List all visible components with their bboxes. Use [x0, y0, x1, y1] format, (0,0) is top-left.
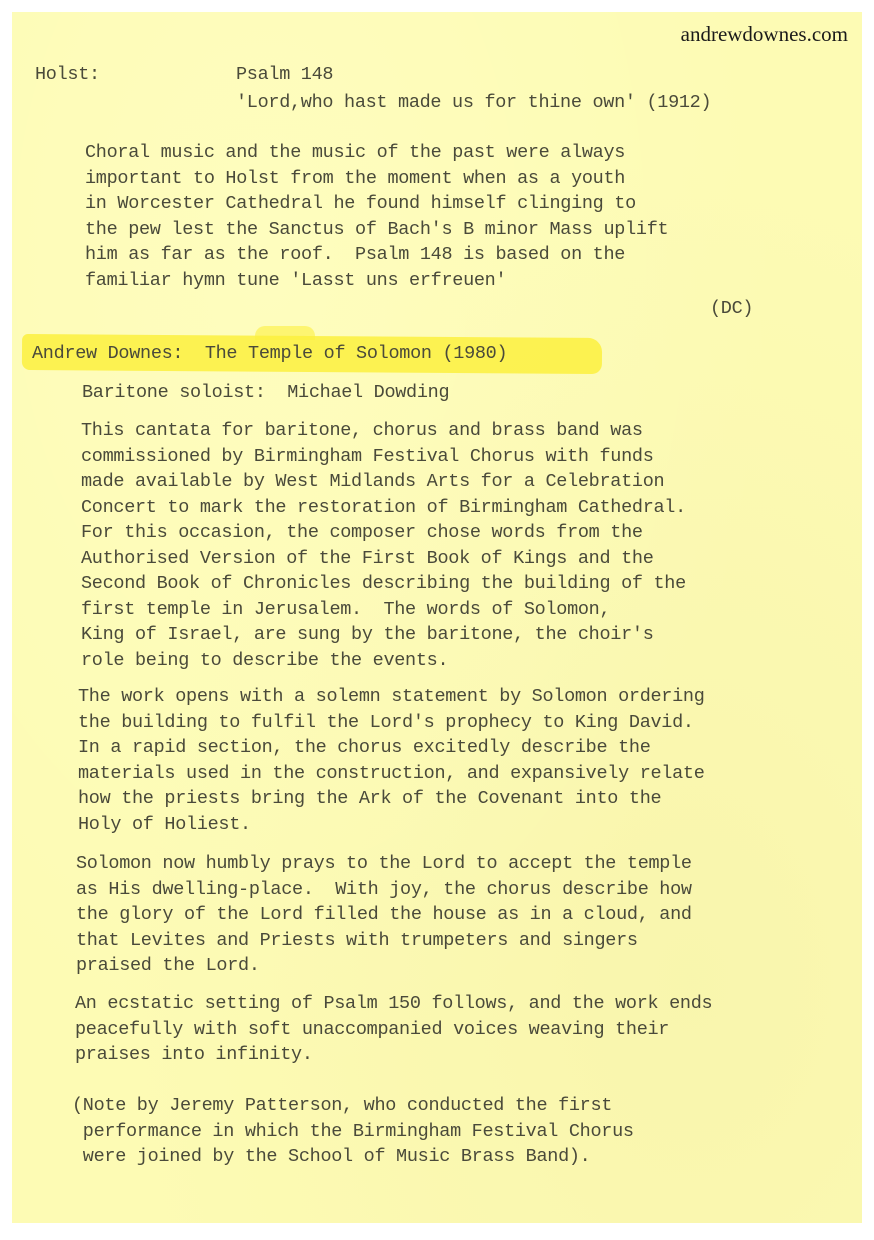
holst-credit: (DC) — [710, 296, 753, 322]
downes-note: (Note by Jeremy Patterson, who conducted… — [72, 1093, 634, 1170]
text-line: King of Israel, are sung by the baritone… — [81, 622, 686, 648]
text-line: Solomon now humbly prays to the Lord to … — [76, 851, 692, 877]
text-line: first temple in Jerusalem. The words of … — [81, 597, 686, 623]
text-line: the building to fulfil the Lord's prophe… — [78, 710, 705, 736]
text-line: the glory of the Lord filled the house a… — [76, 902, 692, 928]
text-line: peacefully with soft unaccompanied voice… — [75, 1017, 712, 1043]
text-line: Concert to mark the restoration of Birmi… — [81, 495, 686, 521]
text-line: in Worcester Cathedral he found himself … — [85, 191, 668, 217]
text-line: This cantata for baritone, chorus and br… — [81, 418, 686, 444]
holst-work-title: Psalm 148 — [236, 62, 333, 88]
downes-heading: Andrew Downes: The Temple of Solomon (19… — [32, 341, 507, 367]
text-line: were joined by the School of Music Brass… — [72, 1144, 634, 1170]
site-watermark: andrewdownes.com — [681, 22, 848, 47]
text-line: performance in which the Birmingham Fest… — [72, 1119, 634, 1145]
text-line: The work opens with a solemn statement b… — [78, 684, 705, 710]
text-line: praised the Lord. — [76, 953, 692, 979]
downes-soloist: Baritone soloist: Michael Dowding — [82, 380, 449, 406]
text-line: him as far as the roof. Psalm 148 is bas… — [85, 242, 668, 268]
text-line: An ecstatic setting of Psalm 150 follows… — [75, 991, 712, 1017]
downes-paragraph-4: An ecstatic setting of Psalm 150 follows… — [75, 991, 712, 1068]
text-line: made available by West Midlands Arts for… — [81, 469, 686, 495]
text-line: Second Book of Chronicles describing the… — [81, 571, 686, 597]
text-line: Authorised Version of the First Book of … — [81, 546, 686, 572]
text-line: materials used in the construction, and … — [78, 761, 705, 787]
text-line: familiar hymn tune 'Lasst uns erfreuen' — [85, 268, 668, 294]
text-line: Choral music and the music of the past w… — [85, 140, 668, 166]
text-line: the pew lest the Sanctus of Bach's B min… — [85, 217, 668, 243]
text-line: how the priests bring the Ark of the Cov… — [78, 786, 705, 812]
downes-paragraph-2: The work opens with a solemn statement b… — [78, 684, 705, 837]
text-line: as His dwelling-place. With joy, the cho… — [76, 877, 692, 903]
text-line: For this occasion, the composer chose wo… — [81, 520, 686, 546]
text-line: (Note by Jeremy Patterson, who conducted… — [72, 1093, 634, 1119]
text-line: that Levites and Priests with trumpeters… — [76, 928, 692, 954]
text-line: Holy of Holiest. — [78, 812, 705, 838]
text-line: commissioned by Birmingham Festival Chor… — [81, 444, 686, 470]
text-line: important to Holst from the moment when … — [85, 166, 668, 192]
downes-paragraph-1: This cantata for baritone, chorus and br… — [81, 418, 686, 673]
text-line: praises into infinity. — [75, 1042, 712, 1068]
holst-subtitle: 'Lord,who hast made us for thine own' (1… — [236, 90, 711, 116]
text-line: In a rapid section, the chorus excitedly… — [78, 735, 705, 761]
holst-body: Choral music and the music of the past w… — [85, 140, 668, 293]
text-line: role being to describe the events. — [81, 648, 686, 674]
holst-composer: Holst: — [35, 62, 100, 88]
downes-paragraph-3: Solomon now humbly prays to the Lord to … — [76, 851, 692, 979]
